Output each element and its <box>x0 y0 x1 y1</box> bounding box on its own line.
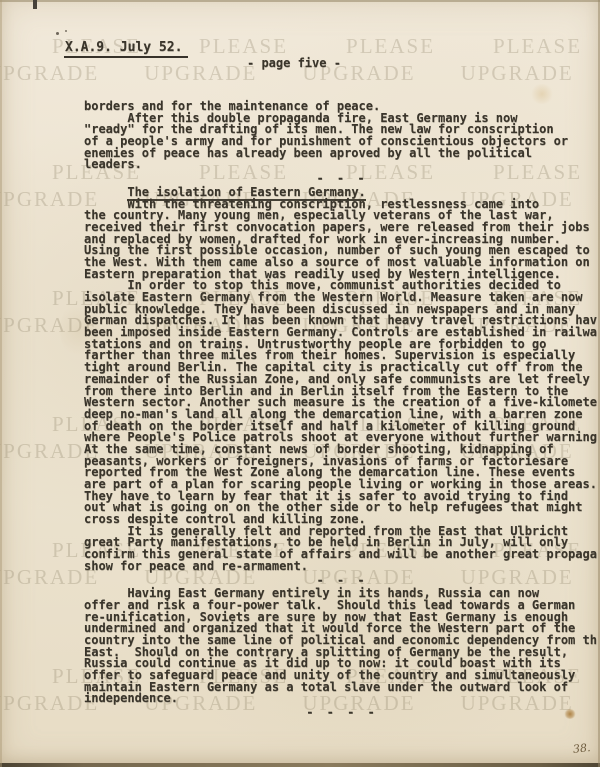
text-line: independence. <box>84 693 600 705</box>
ink-speck <box>65 30 67 32</box>
scanned-document-page: PLEASEPLEASEPLEASEPLEASEPLEASEUPGRADEUPG… <box>0 0 600 767</box>
page-label: - page five - <box>247 56 341 70</box>
paper-edge-top <box>0 0 600 2</box>
text-line: leaders. <box>84 159 600 171</box>
page-number-handwritten: 38. <box>572 741 591 756</box>
ink-speck <box>56 32 59 35</box>
paper-edge-bottom <box>0 763 600 767</box>
text-line: show for peace and re-armament. <box>84 561 600 573</box>
separator-line: - - - - <box>84 707 600 719</box>
text-line: enemies of peace has already been aprove… <box>84 148 600 160</box>
staple-mark <box>33 0 37 9</box>
separator-line: - - - <box>84 173 600 185</box>
doc-reference: X.A.9. July 52. <box>64 40 188 58</box>
separator-line: - - - <box>84 575 600 587</box>
document-body: borders and for the maintenance of peace… <box>0 101 600 721</box>
